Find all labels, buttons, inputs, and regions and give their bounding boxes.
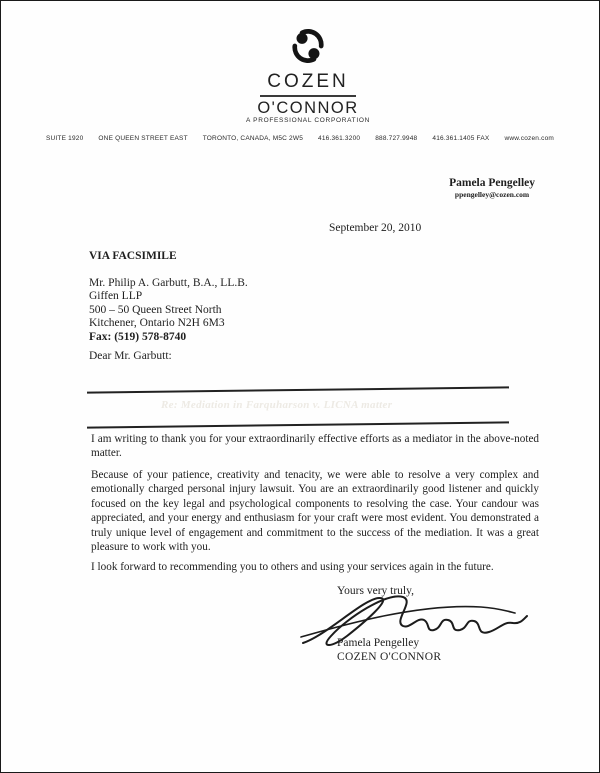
signature-typed-firm: COZEN O'CONNOR [337, 651, 441, 663]
contact-fax: 416.361.1405 FAX [432, 135, 489, 142]
recipient-address-line1: 500 – 50 Queen Street North [89, 304, 248, 318]
letter-page: COZEN O'CONNOR A PROFESSIONAL CORPORATIO… [0, 0, 600, 773]
contact-street: ONE QUEEN STREET EAST [98, 135, 187, 142]
delivery-method: VIA FACSIMILE [89, 250, 248, 264]
sender-name: Pamela Pengelley [449, 177, 535, 189]
recipient-address-line2: Kitchener, Ontario N2H 6M3 [89, 317, 248, 331]
firm-tagline: A PROFESSIONAL CORPORATION [9, 117, 600, 124]
contact-phone-1: 416.361.3200 [318, 135, 360, 142]
spacer [89, 264, 248, 277]
salutation: Dear Mr. Garbutt: [89, 350, 172, 362]
re-line-bottom-rule [87, 421, 509, 428]
contact-website: www.cozen.com [504, 135, 554, 142]
re-line-top-rule [87, 386, 509, 393]
recipient-block: VIA FACSIMILE Mr. Philip A. Garbutt, B.A… [89, 250, 248, 344]
body-paragraph-3: I look forward to recommending you to ot… [91, 560, 539, 574]
sender-email: ppengelley@cozen.com [449, 190, 535, 199]
sender-block: Pamela Pengelley ppengelley@cozen.com [449, 177, 535, 199]
signature-typed-name: Pamela Pengelley [337, 637, 419, 649]
letter-date: September 20, 2010 [329, 222, 421, 234]
contact-phone-2: 888.727.9948 [375, 135, 417, 142]
recipient-fax: Fax: (519) 578-8740 [89, 331, 248, 345]
firm-name-line1: COZEN [9, 71, 600, 93]
letterhead: COZEN O'CONNOR [9, 29, 600, 118]
letterhead-contact-row: SUITE 1920 ONE QUEEN STREET EAST TORONTO… [1, 135, 599, 142]
recipient-firm: Giffen LLP [89, 290, 248, 304]
body-paragraph-2: Because of your patience, creativity and… [91, 468, 539, 554]
re-line-redacted: Re: Mediation in Farquharson v. LICNA ma… [161, 399, 392, 411]
body-paragraph-1: I am writing to thank you for your extra… [91, 432, 539, 461]
recipient-name: Mr. Philip A. Garbutt, B.A., LL.B. [89, 277, 248, 291]
firm-name-line2: O'CONNOR [9, 99, 600, 118]
contact-city: TORONTO, CANADA, M5C 2W5 [203, 135, 303, 142]
firm-name-divider [260, 95, 356, 97]
contact-suite: SUITE 1920 [46, 135, 83, 142]
cozen-oconnor-logo-icon [291, 29, 325, 63]
